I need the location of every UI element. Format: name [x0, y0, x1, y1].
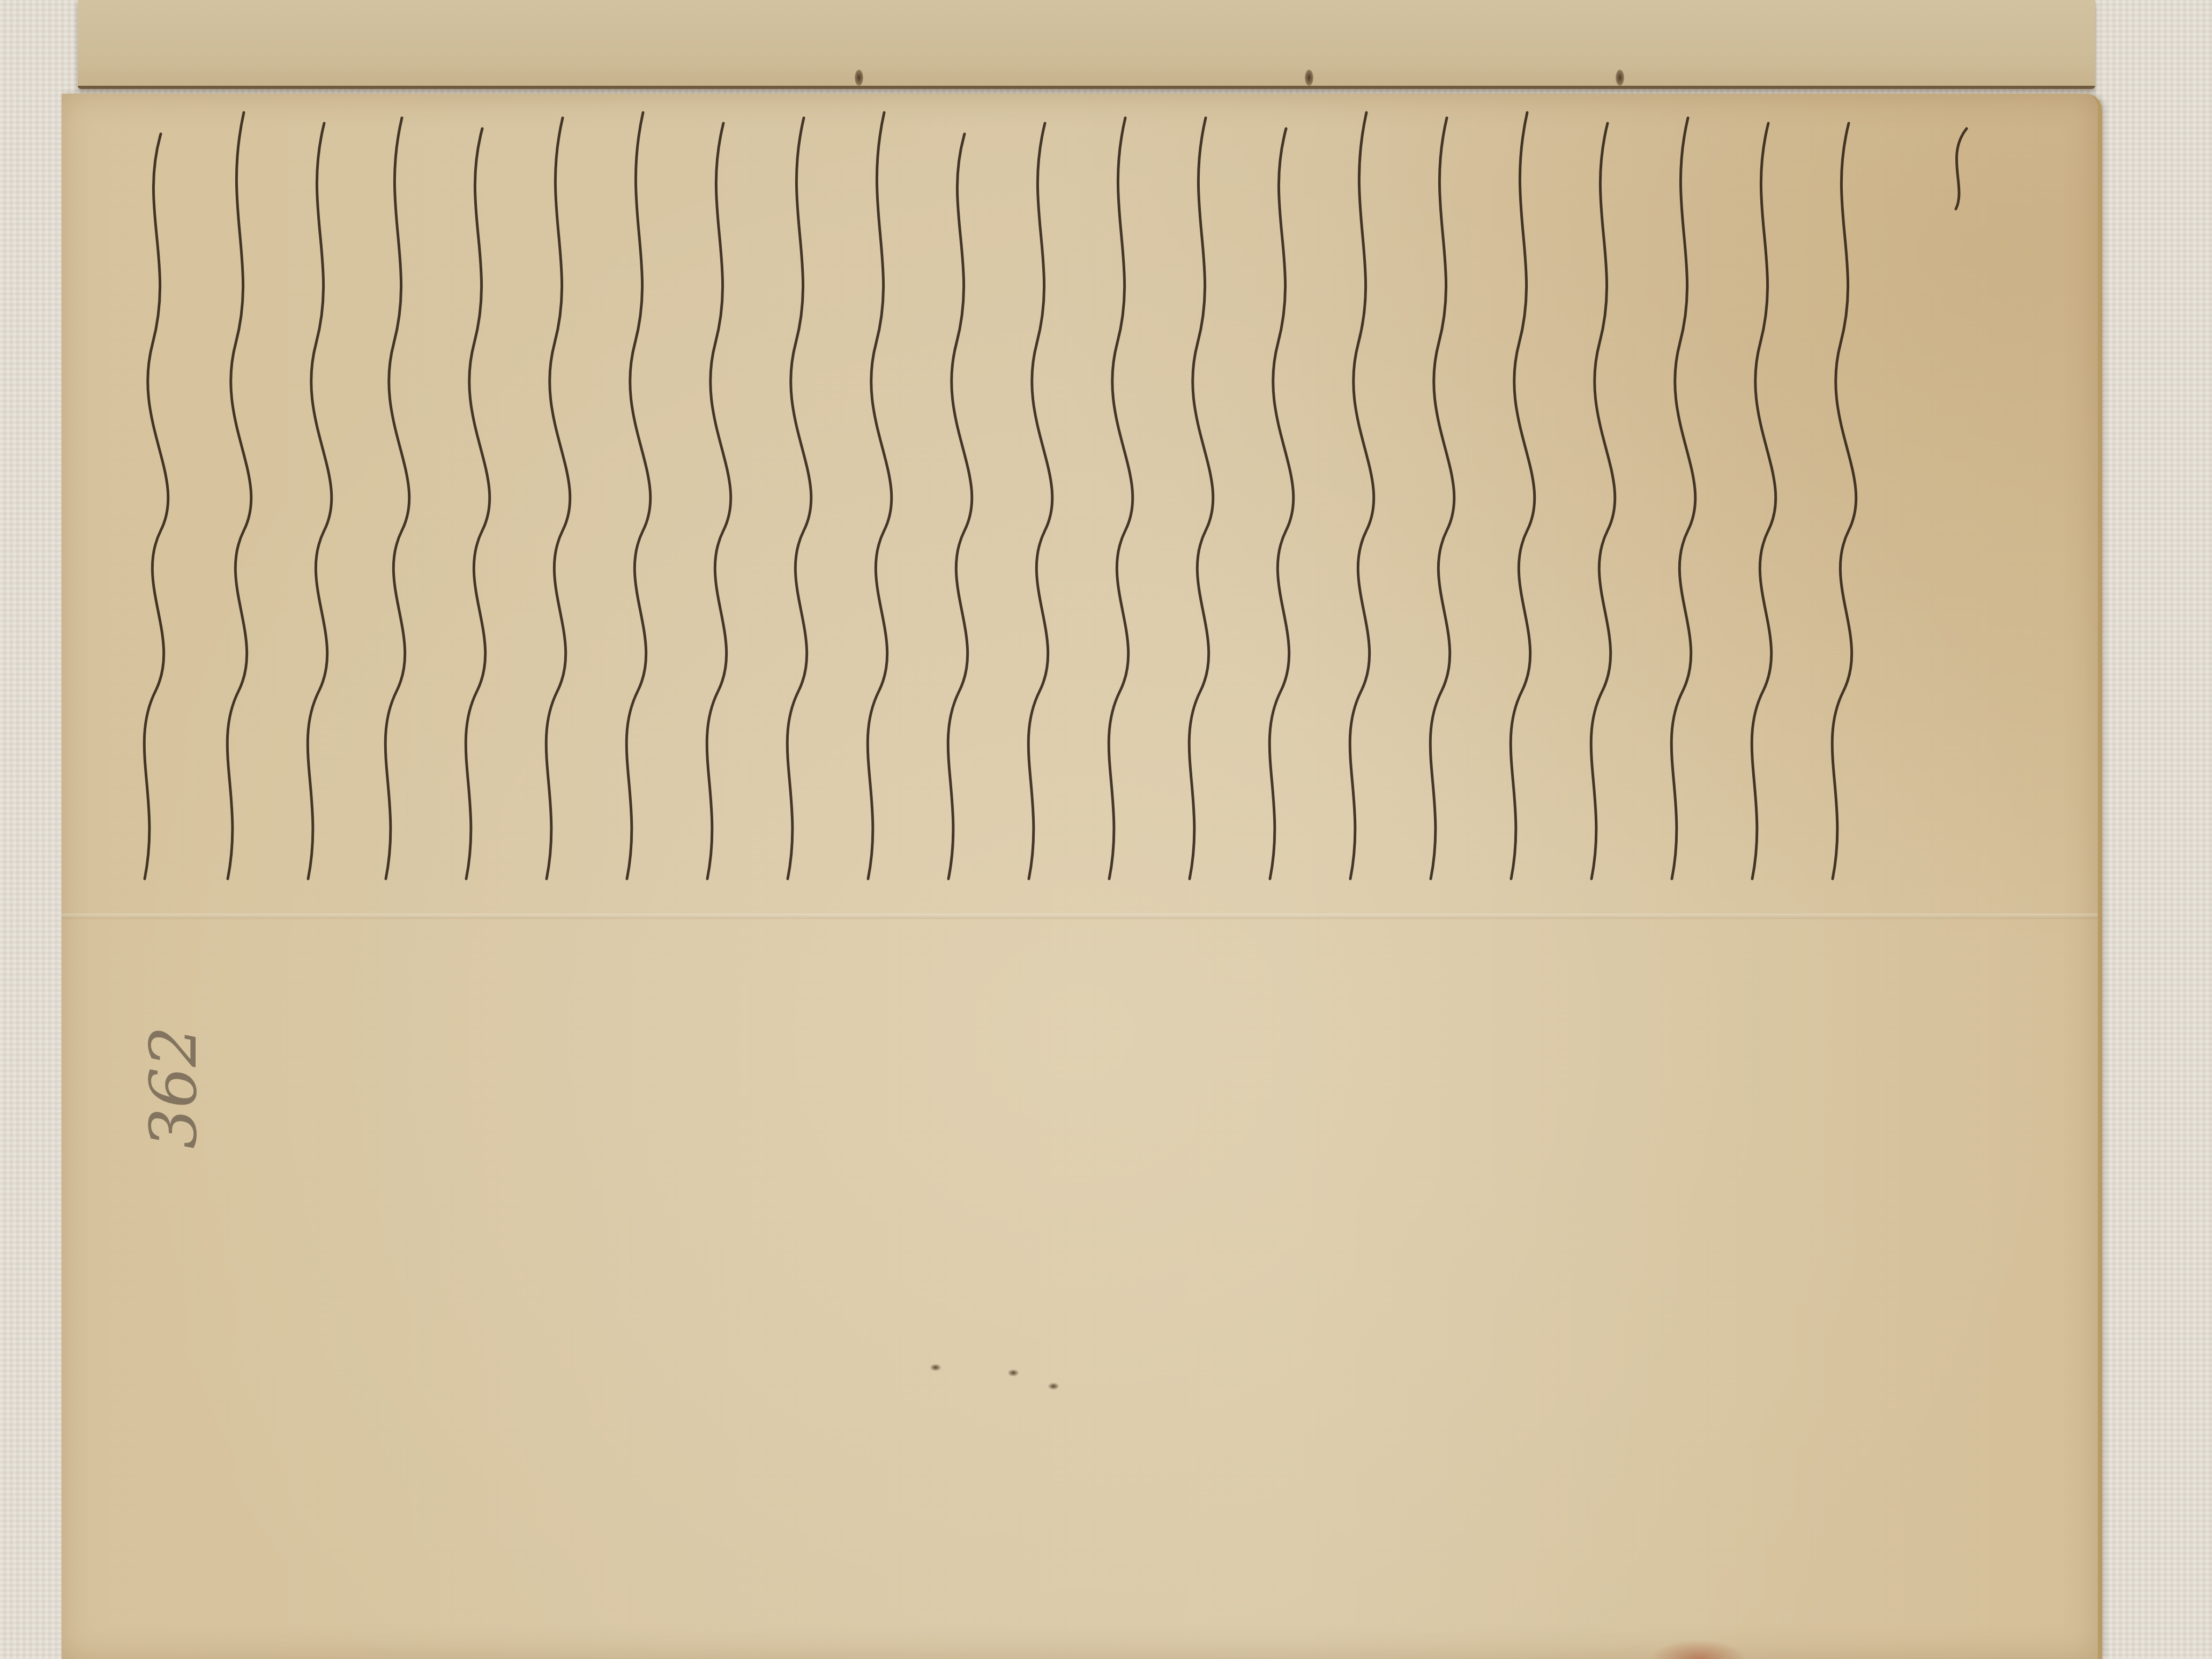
- binding-hole: [855, 70, 863, 86]
- binding-hole: [1305, 70, 1313, 86]
- previous-leaf-edge: [78, 0, 2095, 89]
- page-number-pencil: 362: [137, 1026, 211, 1149]
- paper-damage-mark: [1048, 1382, 1059, 1390]
- photo-scene: [Kurrent handwriting] Hannover Göttingen…: [0, 0, 2212, 1659]
- binding-hole: [1616, 70, 1624, 86]
- edge-stain: [1650, 1640, 1747, 1659]
- handwritten-text-block: [Kurrent handwriting] Hannover Göttingen…: [123, 102, 2052, 906]
- paper-damage-mark: [1007, 1369, 1019, 1377]
- paper-damage-mark: [930, 1364, 941, 1371]
- page-fold-crease: [62, 914, 2098, 919]
